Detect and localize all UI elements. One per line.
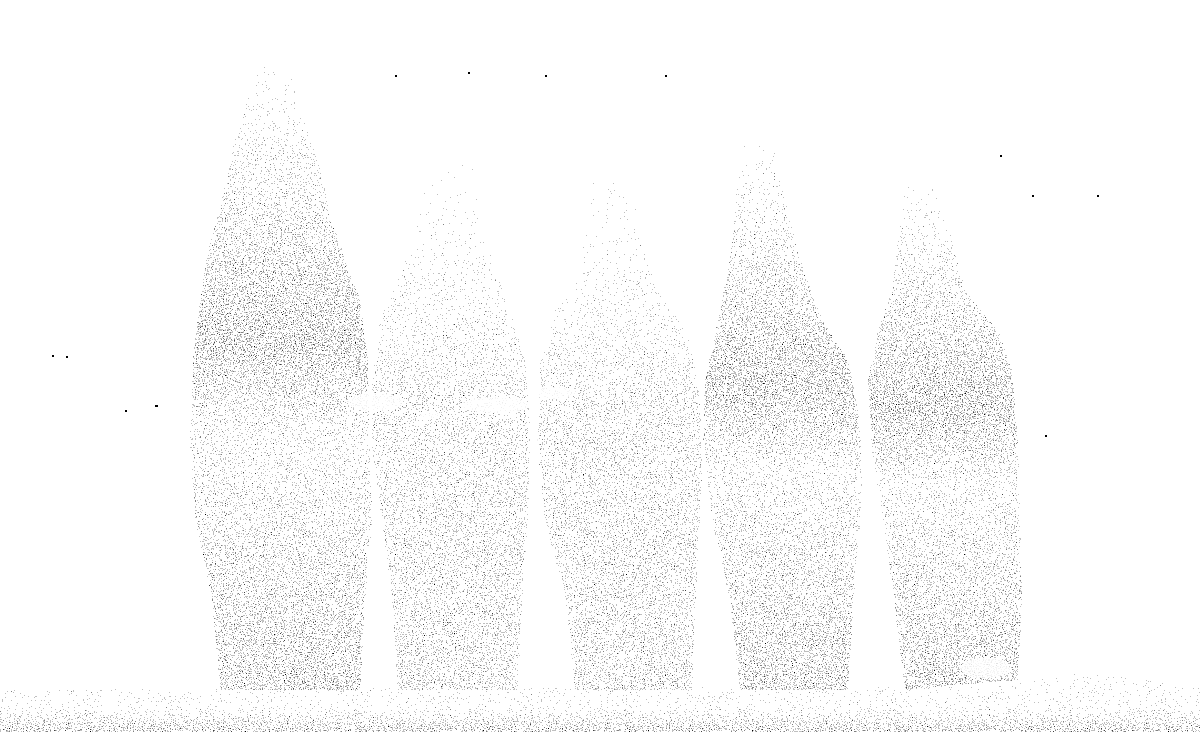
dithered-trees-image xyxy=(0,0,1200,732)
